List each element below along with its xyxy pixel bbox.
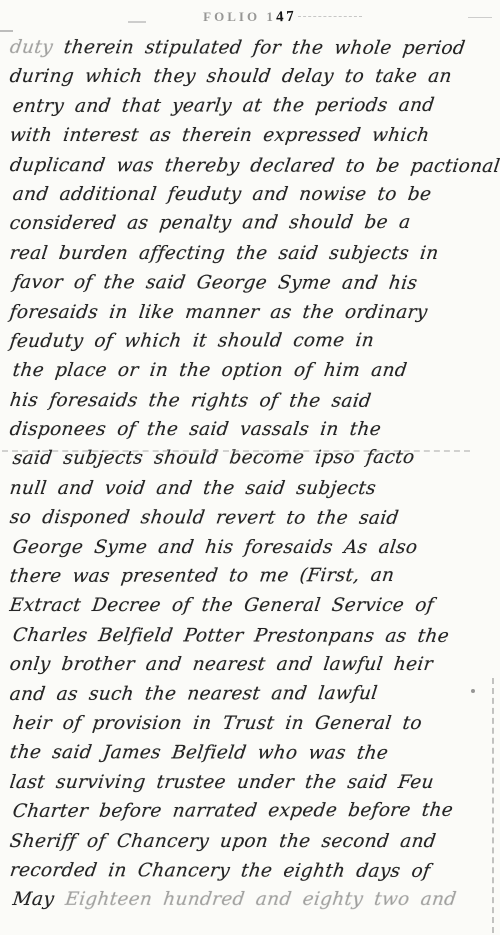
manuscript-line: Charles Belfield Potter Prestonpans as t… [8,621,494,651]
manuscript-line: with interest as therein expressed which [8,121,494,150]
manuscript-text-segment: duty [9,37,66,58]
manuscript-line: duplicand was thereby declared to be pac… [8,151,494,181]
manuscript-line: feuduty of which it should come in [8,326,494,357]
manuscript-text-segment: last surviving trustee under the said Fe… [9,772,436,793]
manuscript-line: real burden affecting the said subjects … [8,239,494,268]
manuscript-line: only brother and nearest and lawful heir [8,650,494,679]
manuscript-text-segment: entry and that yearly at the periods and [12,95,436,117]
manuscript-text-segment: recorded in Chancery the eighth days of [9,860,432,882]
manuscript-text-segment: disponees of the said vassals in the [9,419,383,440]
manuscript-line: his foresaids the rights of the said [8,386,494,416]
folio-number-overwrite: 47 [275,8,297,26]
folio-stamp-text: FOLIO 1 [203,9,276,24]
manuscript-line: heir of provision in Trust in General to [8,709,494,738]
manuscript-text-segment: the said James Belfield who was the [9,742,390,764]
manuscript-text-segment: feuduty of which it should come in [9,330,376,352]
manuscript-line: considered as penalty and should be a [8,208,494,239]
manuscript-line: said subjects should become ipso facto [8,443,494,474]
manuscript-line: entry and that yearly at the periods and [8,91,494,122]
manuscript-text-segment: and as such the nearest and lawful [9,683,379,705]
manuscript-text-segment: Eighteen hundred and eighty two and [64,889,458,910]
manuscript-text-segment: so disponed should revert to the said [9,507,400,529]
manuscript-text-segment: duplicand was thereby declared to be pac… [9,155,500,177]
manuscript-text-segment: heir of provision in Trust in General to [12,713,424,734]
manuscript-line: and as such the nearest and lawful [8,678,494,709]
manuscript-text-segment: said subjects should become ipso facto [12,447,416,469]
manuscript-text-segment: favor of the said George Syme and his [12,272,419,294]
manuscript-page: FOLIO 147 duty therein stipulated for th… [0,0,500,935]
manuscript-text-segment: there was presented to me (First, an [9,565,396,587]
manuscript-line: so disponed should revert to the said [8,503,494,533]
manuscript-line: during which they should delay to take a… [8,62,494,91]
manuscript-text-segment: the place or in the option of him and [12,360,409,381]
manuscript-text-segment: with interest as therein expressed which [9,125,431,146]
manuscript-text-segment: only brother and nearest and lawful heir [9,654,435,675]
manuscript-text-segment: May [12,889,67,910]
manuscript-line: May Eighteen hundred and eighty two and [8,885,494,914]
manuscript-text-segment: real burden affecting the said subjects … [9,243,440,264]
manuscript-text-segment: during which they should delay to take a… [9,66,454,87]
manuscript-line: Charter before narrated expede before th… [8,796,494,827]
manuscript-text-segment: considered as penalty and should be a [9,212,412,234]
manuscript-line: there was presented to me (First, an [8,561,494,592]
manuscript-text-segment: Charter before narrated expede before th… [12,800,455,822]
manuscript-line: the said James Belfield who was the [8,738,494,768]
manuscript-lines: duty therein stipulated for the whole pe… [0,26,500,915]
manuscript-line: Extract Decree of the General Service of [8,591,494,620]
manuscript-text-segment: George Syme and his foresaids As also [12,537,419,558]
manuscript-text-segment: Extract Decree of the General Service of [9,595,436,616]
manuscript-text-segment: Charles Belfield Potter Prestonpans as t… [12,625,451,647]
manuscript-line: foresaids in like manner as the ordinary [8,298,494,327]
manuscript-line: disponees of the said vassals in the [8,415,494,444]
manuscript-line: favor of the said George Syme and his [8,268,494,298]
manuscript-line: the place or in the option of him and [8,356,494,385]
manuscript-line: Sheriff of Chancery upon the second and [8,827,494,856]
folio-header: FOLIO 147 [0,0,500,26]
manuscript-line: last surviving trustee under the said Fe… [8,768,494,797]
manuscript-text-segment: his foresaids the rights of the said [9,390,373,412]
manuscript-line: null and void and the said subjects [8,474,494,503]
manuscript-text-segment: and additional feuduty and nowise to be [12,184,433,205]
manuscript-text-segment: therein stipulated for the whole period [63,37,467,59]
manuscript-line: duty therein stipulated for the whole pe… [8,33,494,63]
manuscript-line: George Syme and his foresaids As also [8,533,494,562]
manuscript-line: and additional feuduty and nowise to be [8,180,494,209]
manuscript-text-segment: foresaids in like manner as the ordinary [9,302,429,323]
manuscript-text-segment: Sheriff of Chancery upon the second and [9,831,438,852]
manuscript-text-segment: null and void and the said subjects [9,478,378,499]
manuscript-line: recorded in Chancery the eighth days of [8,856,494,886]
